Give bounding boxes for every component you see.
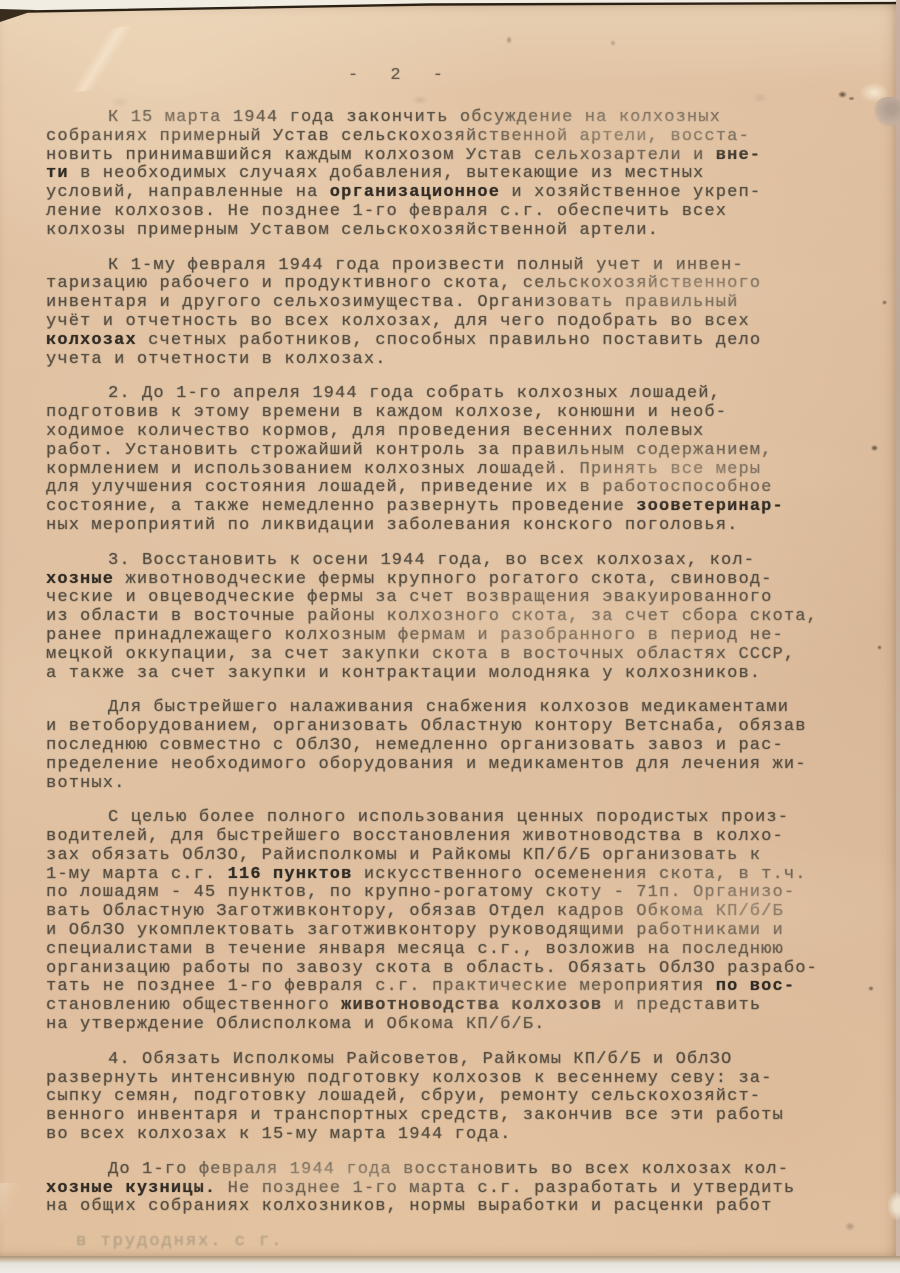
- paper-speck: [871, 445, 878, 451]
- text-line: становлению общественного животноводства…: [46, 997, 870, 1016]
- paragraph: 3. Восстановить к осени 1944 года, во вс…: [46, 552, 870, 684]
- paper-speck: [610, 40, 616, 46]
- text-line: До 1-го февраля 1944 года восстановить в…: [46, 1161, 870, 1180]
- text-line: 3. Восстановить к осени 1944 года, во вс…: [46, 552, 870, 571]
- page-number: - 2 -: [348, 66, 454, 85]
- paper-edge-bottom: [0, 1256, 900, 1273]
- text-line: а также за счет закупки и контрактации м…: [46, 665, 870, 684]
- paper-crease: [49, 24, 155, 94]
- text-line: тать не позднее 1-го февраля с.г. практи…: [46, 978, 870, 997]
- text-line: ранее принадлежащего колхозным фермам и …: [46, 627, 870, 646]
- text-line: и ОблЗО укомплектовать заготживконтору р…: [46, 922, 870, 941]
- paper-tear-shadow: [874, 97, 900, 127]
- text-line: новить принимавшийся каждым колхозом Уст…: [46, 147, 870, 166]
- text-line: для улучшения состояния лошадей, приведе…: [46, 479, 870, 498]
- text-line: организацию работы по завозу скота в обл…: [46, 960, 870, 979]
- text-line: таризацию рабочего и продуктивного скота…: [46, 275, 870, 294]
- text-line: специалистами в течение января месяца с.…: [46, 941, 870, 960]
- text-line: 1-му марта с.г. 116 пунктов искусственно…: [46, 866, 870, 885]
- text-line: последнюю совместно с ОблЗО, немедленно …: [46, 737, 870, 756]
- paper-edge-top: [0, 0, 900, 22]
- text-line: вать Областную Заготживконтору, обязав О…: [46, 903, 870, 922]
- text-line: хозные животноводческие фермы крупного р…: [46, 571, 870, 590]
- text-line: хозные кузницы. Не позднее 1-го марта с.…: [46, 1180, 870, 1199]
- paragraph: 2. До 1-го апреля 1944 года собрать колх…: [46, 385, 870, 535]
- text-line: собраниях примерный Устав сельскохозяйст…: [46, 128, 870, 147]
- text-line: работ. Установить строжайший контроль за…: [46, 442, 870, 461]
- paragraph: Для быстрейшего налаживания снабжения ко…: [46, 699, 870, 793]
- text-line: развернуть интенсивную подготовку колхоз…: [46, 1070, 870, 1089]
- text-line: ление колхозов. Не позднее 1-го февраля …: [46, 203, 870, 222]
- text-line: по лошадям - 45 пунктов, по крупно-рогат…: [46, 884, 870, 903]
- text-line: С целью более полного использования ценн…: [46, 809, 870, 828]
- text-line: учета и отчетности в колхозах.: [46, 351, 870, 370]
- text-line: условий, направленные на организационное…: [46, 184, 870, 203]
- paper-speck: [868, 986, 874, 991]
- paragraph: С целью более полного использования ценн…: [46, 809, 870, 1035]
- text-line: кормлением и использованием колхозных ло…: [46, 461, 870, 480]
- text-line: 2. До 1-го апреля 1944 года собрать колх…: [46, 385, 870, 404]
- text-line: Для быстрейшего налаживания снабжения ко…: [46, 699, 870, 718]
- text-line: ходимое количество кормов, для проведени…: [46, 423, 870, 442]
- paper-chip: [888, 1192, 900, 1220]
- paragraph: К 15 марта 1944 года закончить обсуждени…: [46, 109, 870, 241]
- text-line: колхозах счетных работников, способных п…: [46, 332, 870, 351]
- text-line: мецкой оккупации, за счет закупки скота …: [46, 646, 870, 665]
- text-line: пределение необходимого оборудования и м…: [46, 756, 870, 775]
- text-line: во всех колхозах к 15-му марта 1944 года…: [46, 1126, 870, 1145]
- text-line: водителей, для быстрейшего восстановлени…: [46, 828, 870, 847]
- text-line: вотных.: [46, 775, 870, 794]
- text-line: сыпку семян, подготовку лошадей, сбруи, …: [46, 1088, 870, 1107]
- text-line: К 1-му февраля 1944 года произвести полн…: [46, 257, 870, 276]
- paper-sheet: - 2 - К 15 марта 1944 года закончить обс…: [0, 3, 897, 1258]
- text-line: венного инвентаря и транспортных средств…: [46, 1107, 870, 1126]
- text-line: состояние, а также немедленно развернуть…: [46, 498, 870, 517]
- paper-speck: [845, 1222, 855, 1231]
- text-line: ческие и овцеводческие фермы за счет воз…: [46, 589, 870, 608]
- paragraph: 4. Обязать Исполкомы Райсоветов, Райкомы…: [46, 1051, 870, 1145]
- ghost-imprint-line: в трудоднях. с г.: [46, 1233, 870, 1252]
- text-line: на утверждение Облисполкома и Обкома КП/…: [46, 1016, 870, 1035]
- text-line: подготовив к этому времени в каждом колх…: [46, 404, 870, 423]
- text-line: зах обязать ОблЗО, Райисполкомы и Райком…: [46, 847, 870, 866]
- paper-edge-right: [896, 0, 900, 1260]
- text-line: на общих собраниях колхозников, нормы вы…: [46, 1198, 870, 1217]
- paragraph: К 1-му февраля 1944 года произвести полн…: [46, 257, 870, 370]
- paper-speck: [506, 36, 512, 44]
- text-line: колхозы примерным Уставом сельскохозяйст…: [46, 222, 870, 241]
- text-line: ти в необходимых случаях добавления, выт…: [46, 165, 870, 184]
- text-line: из области в восточные районы колхозного…: [46, 608, 870, 627]
- text-line: и ветоборудованием, организовать Областн…: [46, 718, 870, 737]
- text-line: ных мероприятий по ликвидации заболевани…: [46, 517, 870, 536]
- scanned-document-page: { "page": { "number_label": "- 2 -" }, "…: [0, 0, 900, 1273]
- text-line: 4. Обязать Исполкомы Райсоветов, Райкомы…: [46, 1051, 870, 1070]
- text-line: К 15 марта 1944 года закончить обсуждени…: [46, 109, 870, 128]
- text-line: учёт и отчетность во всех колхозах, для …: [46, 313, 870, 332]
- paragraph: До 1-го февраля 1944 года восстановить в…: [46, 1161, 870, 1217]
- text-line: инвентаря и другого сельхозимущества. Ор…: [46, 294, 870, 313]
- paper-speck: [882, 300, 887, 305]
- paper-speck: [838, 91, 847, 98]
- document-body: К 15 марта 1944 года закончить обсуждени…: [46, 109, 870, 1252]
- paper-speck: [877, 645, 882, 650]
